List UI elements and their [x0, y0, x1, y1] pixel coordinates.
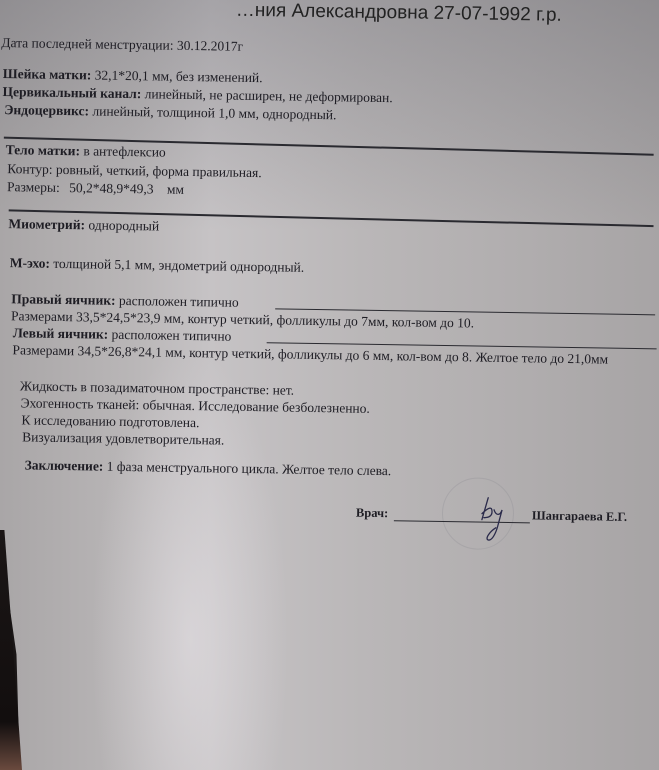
uterus-label: Тело матки: [6, 142, 81, 158]
doctor-name: Шангараева Е.Г. [532, 508, 627, 524]
m-echo-label: М-эхо: [10, 255, 50, 271]
uterus-size-label: Размеры: [7, 179, 60, 195]
uterus-size-line: Размеры: 50,2*48,9*49,3 мм [7, 179, 184, 198]
myometrium-label: Миометрий: [8, 216, 85, 232]
right-ovary-value: расположен типично [119, 293, 239, 310]
left-ovary-line: Левый яичник: расположен типично [13, 325, 232, 344]
cervix-value: 32,1*20,1 мм, без изменений. [95, 67, 263, 85]
uterus-line: Тело матки: в антефлексио [6, 142, 166, 161]
doctor-label: Врач: [356, 506, 388, 522]
cervical-canal-label: Цервикальный канал: [2, 84, 141, 101]
endocervix-value: линейный, толщиной 1,0 мм, однородный. [92, 103, 336, 122]
endocervix-label: Эндоцервикс: [4, 102, 89, 118]
left-ovary-label: Левый яичник: [13, 325, 109, 341]
m-echo-value: толщиной 5,1 мм, эндометрий однородный. [53, 256, 304, 275]
last-period-label: Дата последней менструации: [1, 35, 173, 53]
note-visualization: Визуализация удовлетворительная. [22, 429, 224, 448]
myometrium-line: Миометрий: однородный [8, 216, 159, 234]
left-ovary-value: расположен типично [112, 327, 232, 344]
myometrium-value: однородный [88, 217, 159, 233]
conclusion-value: 1 фаза менструального цикла. Желтое тело… [107, 459, 392, 478]
cervix-label: Шейка матки: [3, 66, 92, 82]
right-ovary-label: Правый яичник: [11, 291, 116, 308]
conclusion-label: Заключение: [25, 457, 104, 473]
uterus-size-value: 50,2*48,9*49,3 [69, 180, 154, 196]
cervical-canal-value: линейный, не расширен, не деформирован. [145, 86, 393, 105]
uterus-size-unit: мм [167, 182, 184, 197]
signature-icon [470, 493, 521, 544]
last-period-value: 30.12.2017г [177, 38, 244, 54]
note-preparation: К исследованию подготовлена. [21, 412, 199, 431]
uterus-value: в антефлексио [83, 143, 166, 159]
